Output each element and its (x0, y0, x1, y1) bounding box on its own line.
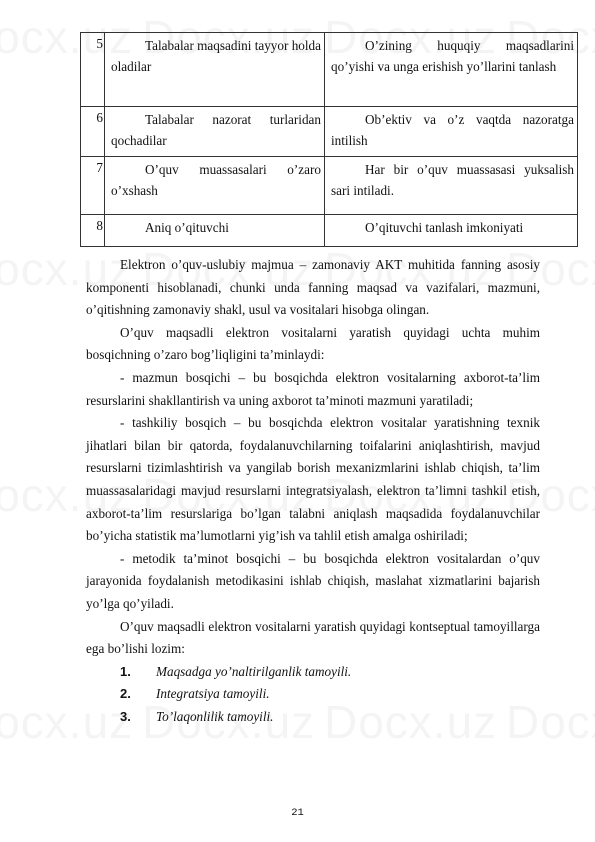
paragraph-content-stage: - mazmun bosqichi – bu bosqichda elektro… (86, 367, 540, 412)
row-number: 8 (81, 215, 105, 247)
list-number: 1. (120, 661, 156, 684)
table-cell-right: Har bir o’quv muassasasi yuksalish sari … (325, 157, 578, 215)
list-item: 3.To’laqonlilik tamoyili. (86, 706, 540, 729)
paragraph-principles: O’quv maqsadli elektron vositalarni yara… (86, 616, 540, 661)
list-number: 3. (120, 706, 156, 729)
list-item: 1.Maqsadga yo’naltirilganlik tamoyili. (86, 661, 540, 684)
row-number: 5 (81, 33, 105, 107)
table-row: 7 O’quv muassasalari o’zaro o’xshash Har… (81, 157, 578, 215)
list-text: Maqsadga yo’naltirilganlik tamoyili. (156, 661, 351, 684)
table-cell-left: Talabalar nazorat turlaridan qochadilar (105, 107, 325, 157)
table-row: 6 Talabalar nazorat turlaridan qochadila… (81, 107, 578, 157)
table-cell-right: O’zining huquqiy maqsadlarini qo’yishi v… (325, 33, 578, 107)
row-number: 6 (81, 107, 105, 157)
paragraph-organizational-stage: - tashkiliy bosqich – bu bosqichda elekt… (86, 412, 540, 548)
list-item: 2.Integratsiya tamoyili. (86, 683, 540, 706)
table-cell-left: O’quv muassasalari o’zaro o’xshash (105, 157, 325, 215)
body-text: Elektron o’quv-uslubiy majmua – zamonavi… (86, 254, 540, 728)
list-number: 2. (120, 683, 156, 706)
paragraph-stages: O’quv maqsadli elektron vositalarni yara… (86, 322, 540, 367)
table-cell-right: O’qituvchi tanlash imkoniyati (325, 215, 578, 247)
row-number: 7 (81, 157, 105, 215)
table-row: 5 Talabalar maqsadini tayyor holda oladi… (81, 33, 578, 107)
table-cell-left: Talabalar maqsadini tayyor holda oladila… (105, 33, 325, 107)
comparison-table: 5 Talabalar maqsadini tayyor holda oladi… (80, 32, 578, 247)
list-text: To’laqonlilik tamoyili. (156, 706, 273, 729)
paragraph-methodical-stage: - metodik ta’minot bosqichi – bu bosqich… (86, 548, 540, 616)
table-cell-right: Ob’ektiv va o’z vaqtda nazoratga intilis… (325, 107, 578, 157)
table-cell-left: Aniq o’qituvchi (105, 215, 325, 247)
principles-list: 1.Maqsadga yo’naltirilganlik tamoyili. 2… (86, 661, 540, 729)
paragraph-intro: Elektron o’quv-uslubiy majmua – zamonavi… (86, 254, 540, 322)
table-row: 8 Aniq o’qituvchi O’qituvchi tanlash imk… (81, 215, 578, 247)
list-text: Integratsiya tamoyili. (156, 683, 270, 706)
page-number: 21 (0, 807, 595, 819)
